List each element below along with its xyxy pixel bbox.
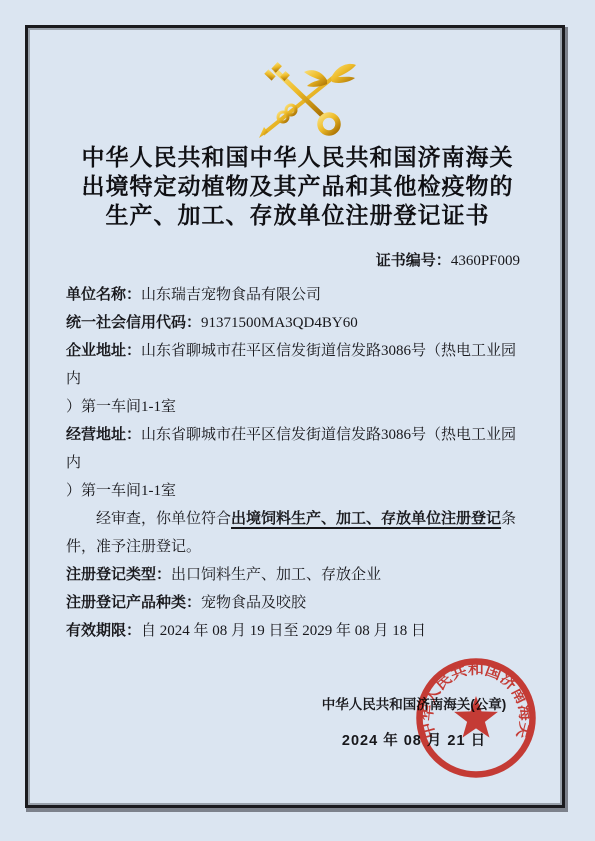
title-line-2: 出境特定动植物及其产品和其他检疫物的 (40, 172, 555, 201)
field-business-address: 经营地址：山东省聊城市茌平区信发街道信发路3086号（热电工业园内 ）第一车间1… (66, 421, 518, 505)
field-label: 单位名称： (66, 286, 141, 303)
field-registration-type: 注册登记类型：出口饲料生产、加工、存放企业 (66, 561, 518, 589)
certificate-body: 单位名称：山东瑞吉宠物食品有限公司 统一社会信用代码：91371500MA3QD… (66, 281, 518, 645)
field-value: 自 2024 年 08 月 19 日至 2029 年 08 月 18 日 (141, 623, 426, 639)
field-value: 山东瑞吉宠物食品有限公司 (141, 287, 321, 303)
title-line-1: 中华人民共和国中华人民共和国济南海关 (40, 143, 555, 172)
field-company-name: 单位名称：山东瑞吉宠物食品有限公司 (66, 281, 518, 309)
field-label: 注册登记类型： (66, 566, 171, 583)
field-credit-code: 统一社会信用代码：91371500MA3QD4BY60 (66, 309, 518, 337)
issue-date: 2024 年 08 月 21 日 (308, 729, 520, 750)
approval-paragraph: 经审查，你单位符合出境饲料生产、加工、存放单位注册登记条件，准予注册登记。 (66, 505, 518, 561)
certificate-number-label: 证书编号： (376, 252, 451, 269)
certificate-number-value: 4360PF009 (451, 253, 520, 269)
certificate-number: 证书编号：4360PF009 (376, 249, 520, 270)
certificate-sheet: 中华人民共和国中华人民共和国济南海关 出境特定动植物及其产品和其他检疫物的 生产… (0, 0, 595, 841)
field-value: 宠物食品及咬胶 (201, 595, 306, 611)
field-label: 企业地址： (66, 342, 141, 359)
approval-highlight: 出境饲料生产、加工、存放单位注册登记 (231, 510, 501, 527)
field-label: 经营地址： (66, 426, 141, 443)
field-validity-period: 有效期限：自 2024 年 08 月 19 日至 2029 年 08 月 18 … (66, 617, 518, 645)
customs-emblem-icon (237, 62, 357, 142)
field-label: 有效期限： (66, 622, 141, 639)
field-value: 91371500MA3QD4BY60 (201, 315, 358, 331)
field-label: 统一社会信用代码： (66, 314, 201, 331)
certificate-footer: 中华人民共和国济南海关(公章) 2024 年 08 月 21 日 (308, 695, 520, 750)
field-company-address: 企业地址：山东省聊城市茌平区信发街道信发路3086号（热电工业园内 ）第一车间1… (66, 337, 518, 421)
field-value: 出口饲料生产、加工、存放企业 (171, 567, 381, 583)
field-product-category: 注册登记产品种类：宠物食品及咬胶 (66, 589, 518, 617)
certificate-title: 中华人民共和国中华人民共和国济南海关 出境特定动植物及其产品和其他检疫物的 生产… (40, 143, 555, 230)
issuer-line: 中华人民共和国济南海关(公章) (308, 695, 520, 715)
approval-prefix: 经审查，你单位符合 (96, 511, 231, 527)
field-label: 注册登记产品种类： (66, 594, 201, 611)
title-line-3: 生产、加工、存放单位注册登记证书 (40, 201, 555, 230)
